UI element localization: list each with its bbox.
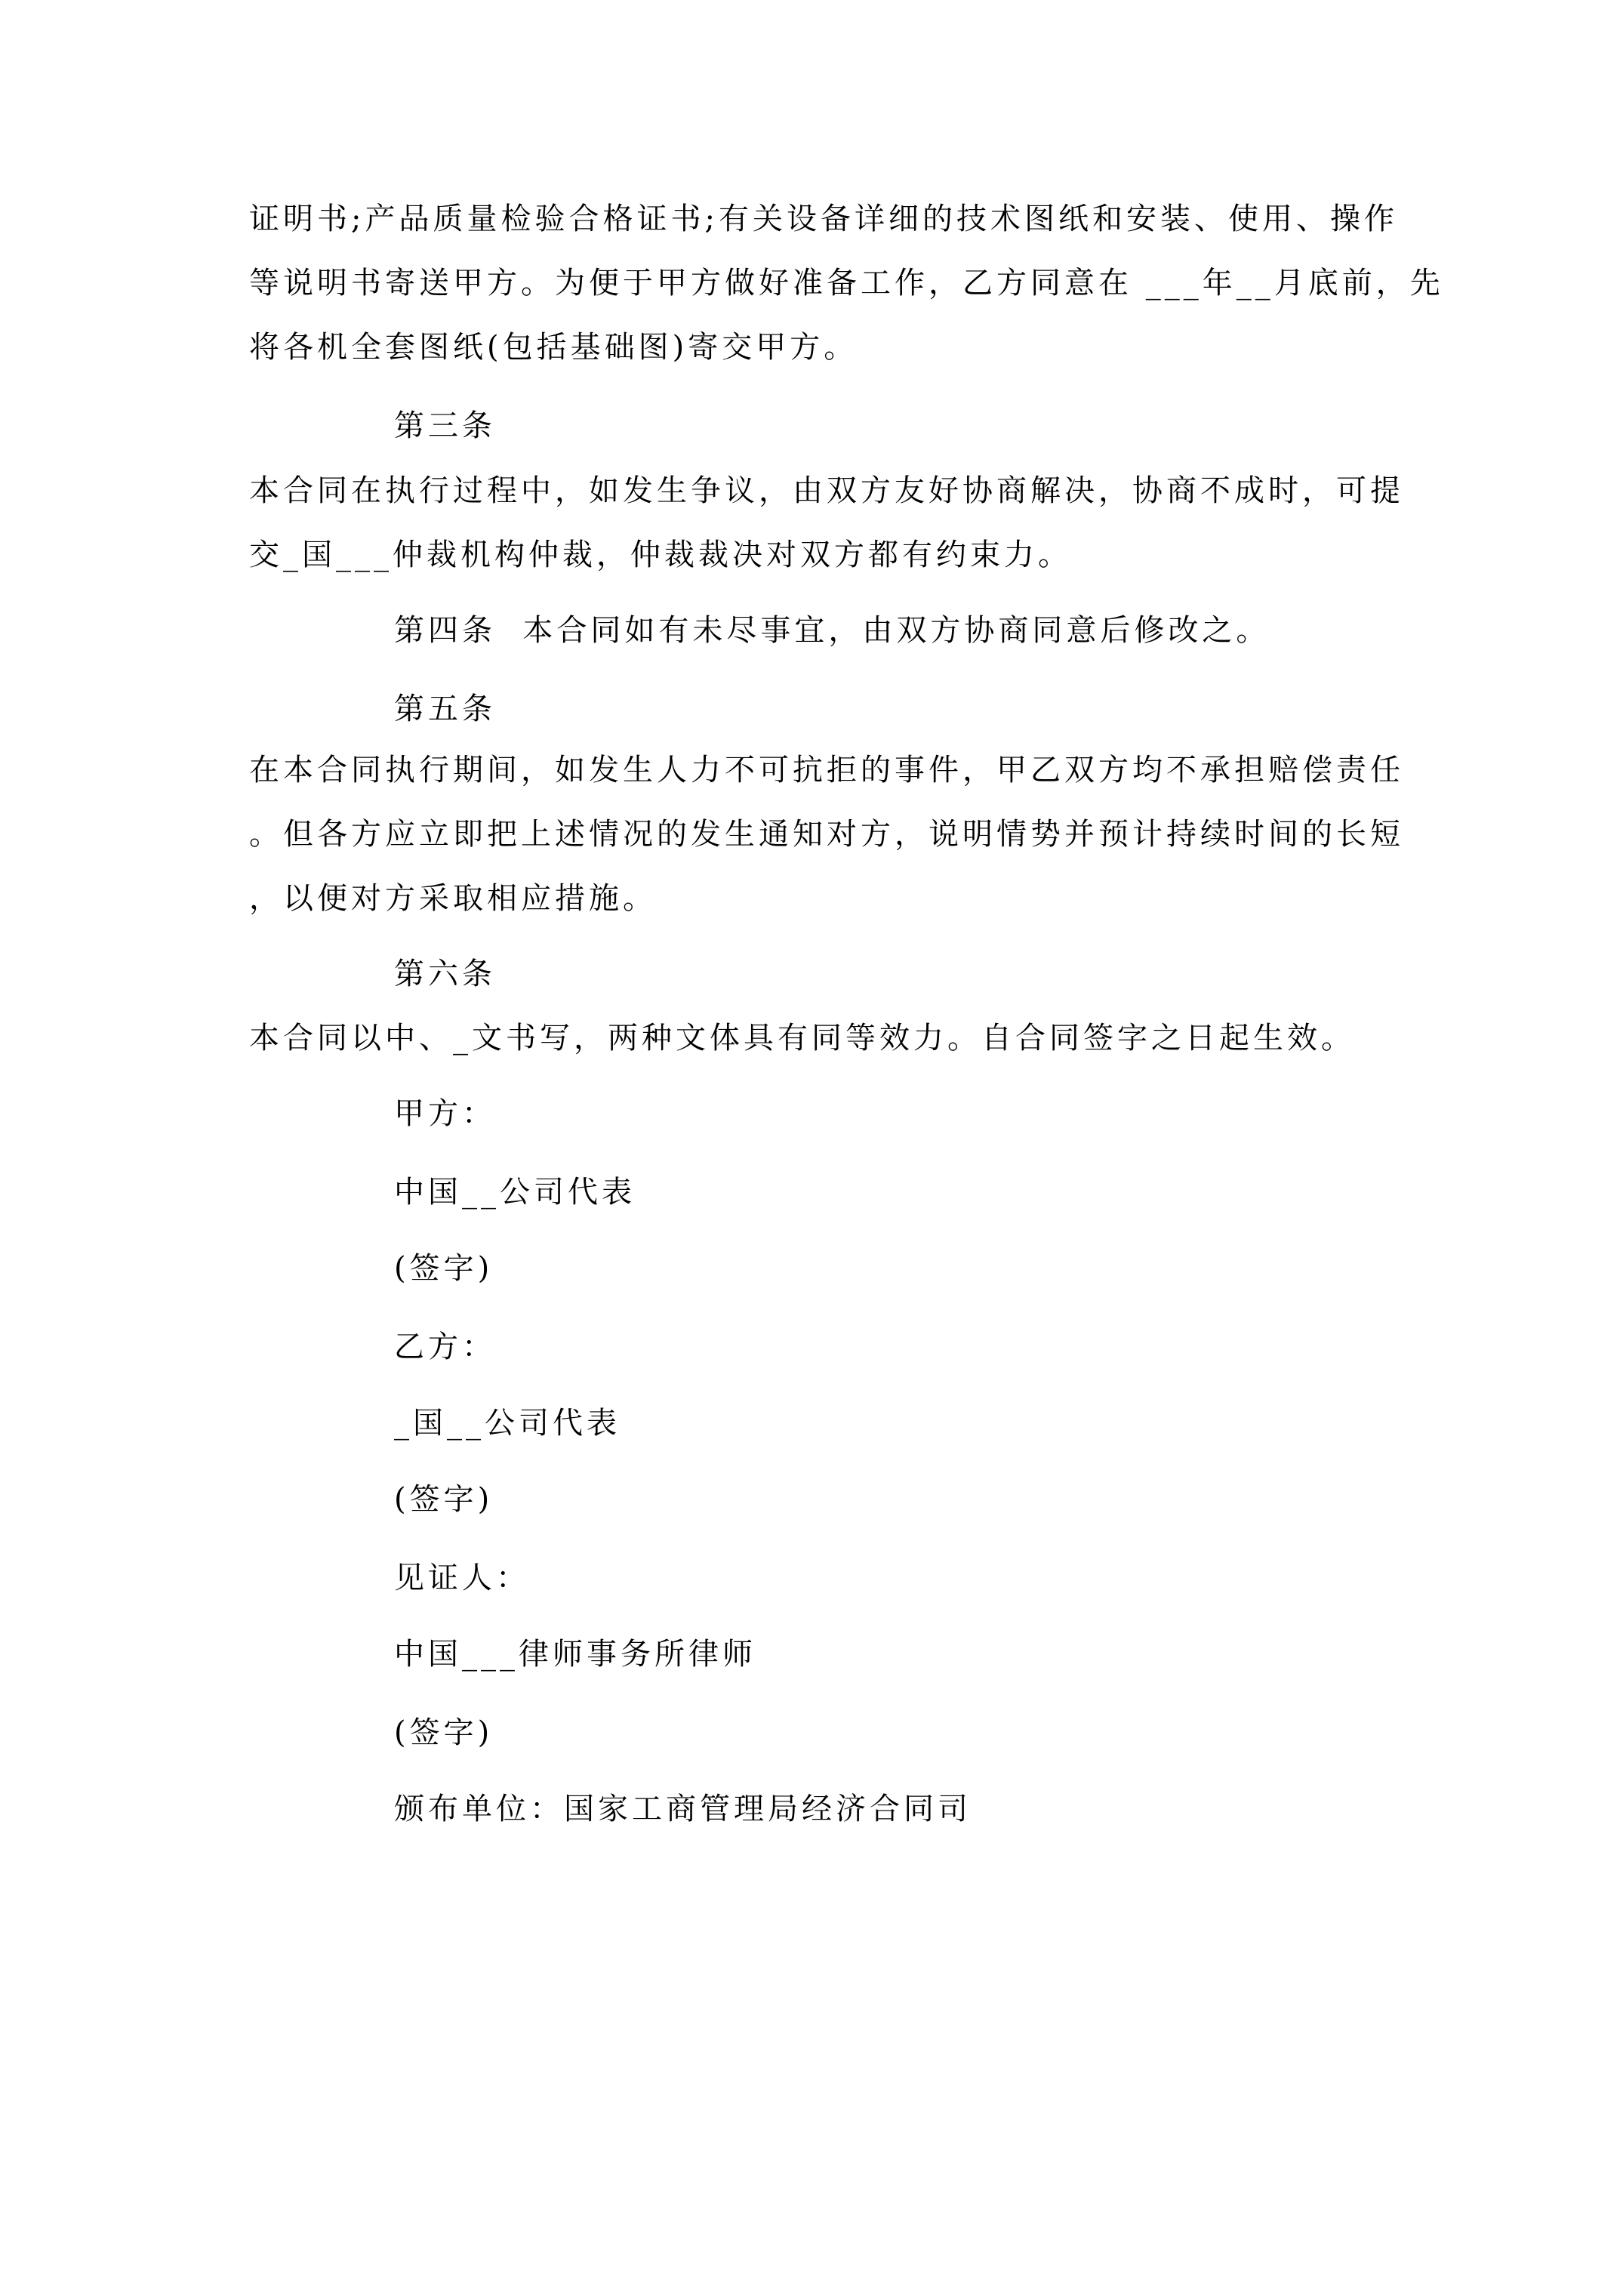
article-3-line-1: 本合同在执行过程中，如发生争议，由双方友好协商解决，协商不成时，可提 [249, 473, 1404, 509]
document-page: 证明书;产品质量检验合格证书;有关设备详细的技术图纸和安装、使用、操作 等说明书… [0, 0, 1623, 2296]
continuation-line-1: 证明书;产品质量检验合格证书;有关设备详细的技术图纸和安装、使用、操作 [249, 201, 1398, 237]
party-b-label: 乙方： [394, 1329, 496, 1365]
continuation-line-2: 等说明书寄送甲方。为便于甲方做好准备工作，乙方同意在 ___年__月底前，先 [249, 265, 1444, 301]
article-5-heading: 第五条 [394, 691, 496, 727]
article-5-line-2: 。但各方应立即把上述情况的发生通知对方，说明情势并预计持续时间的长短 [249, 816, 1404, 852]
article-3-line-2: 交_国___仲裁机构仲裁，仲裁裁决对双方都有约束力。 [249, 537, 1072, 573]
article-6-line-1: 本合同以中、_文书写，两种文体具有同等效力。自合同签字之日起生效。 [249, 1020, 1355, 1056]
continuation-line-3: 将各机全套图纸(包括基础图)寄交甲方。 [249, 329, 858, 365]
party-a-label: 甲方： [394, 1096, 496, 1132]
article-5-line-1: 在本合同执行期间，如发生人力不可抗拒的事件，甲乙双方均不承担赔偿责任 [249, 752, 1404, 788]
article-6-heading: 第六条 [394, 956, 496, 992]
party-b-signature: (签字) [394, 1481, 493, 1518]
article-3-heading: 第三条 [394, 408, 496, 444]
article-4-text: 第四条 本合同如有未尽事宜，由双方协商同意后修改之。 [394, 612, 1270, 649]
party-a-signature: (签字) [394, 1250, 493, 1287]
party-b-representative: _国__公司代表 [394, 1405, 621, 1441]
issuer-line: 颁布单位：国家工商管理局经济合同司 [394, 1791, 972, 1827]
article-5-line-3: ，以便对方采取相应措施。 [249, 880, 657, 917]
witness-label: 见证人： [394, 1560, 530, 1596]
party-a-representative: 中国__公司代表 [394, 1174, 636, 1210]
witness-signature: (签字) [394, 1715, 493, 1751]
witness-representative: 中国___律师事务所律师 [394, 1636, 756, 1672]
